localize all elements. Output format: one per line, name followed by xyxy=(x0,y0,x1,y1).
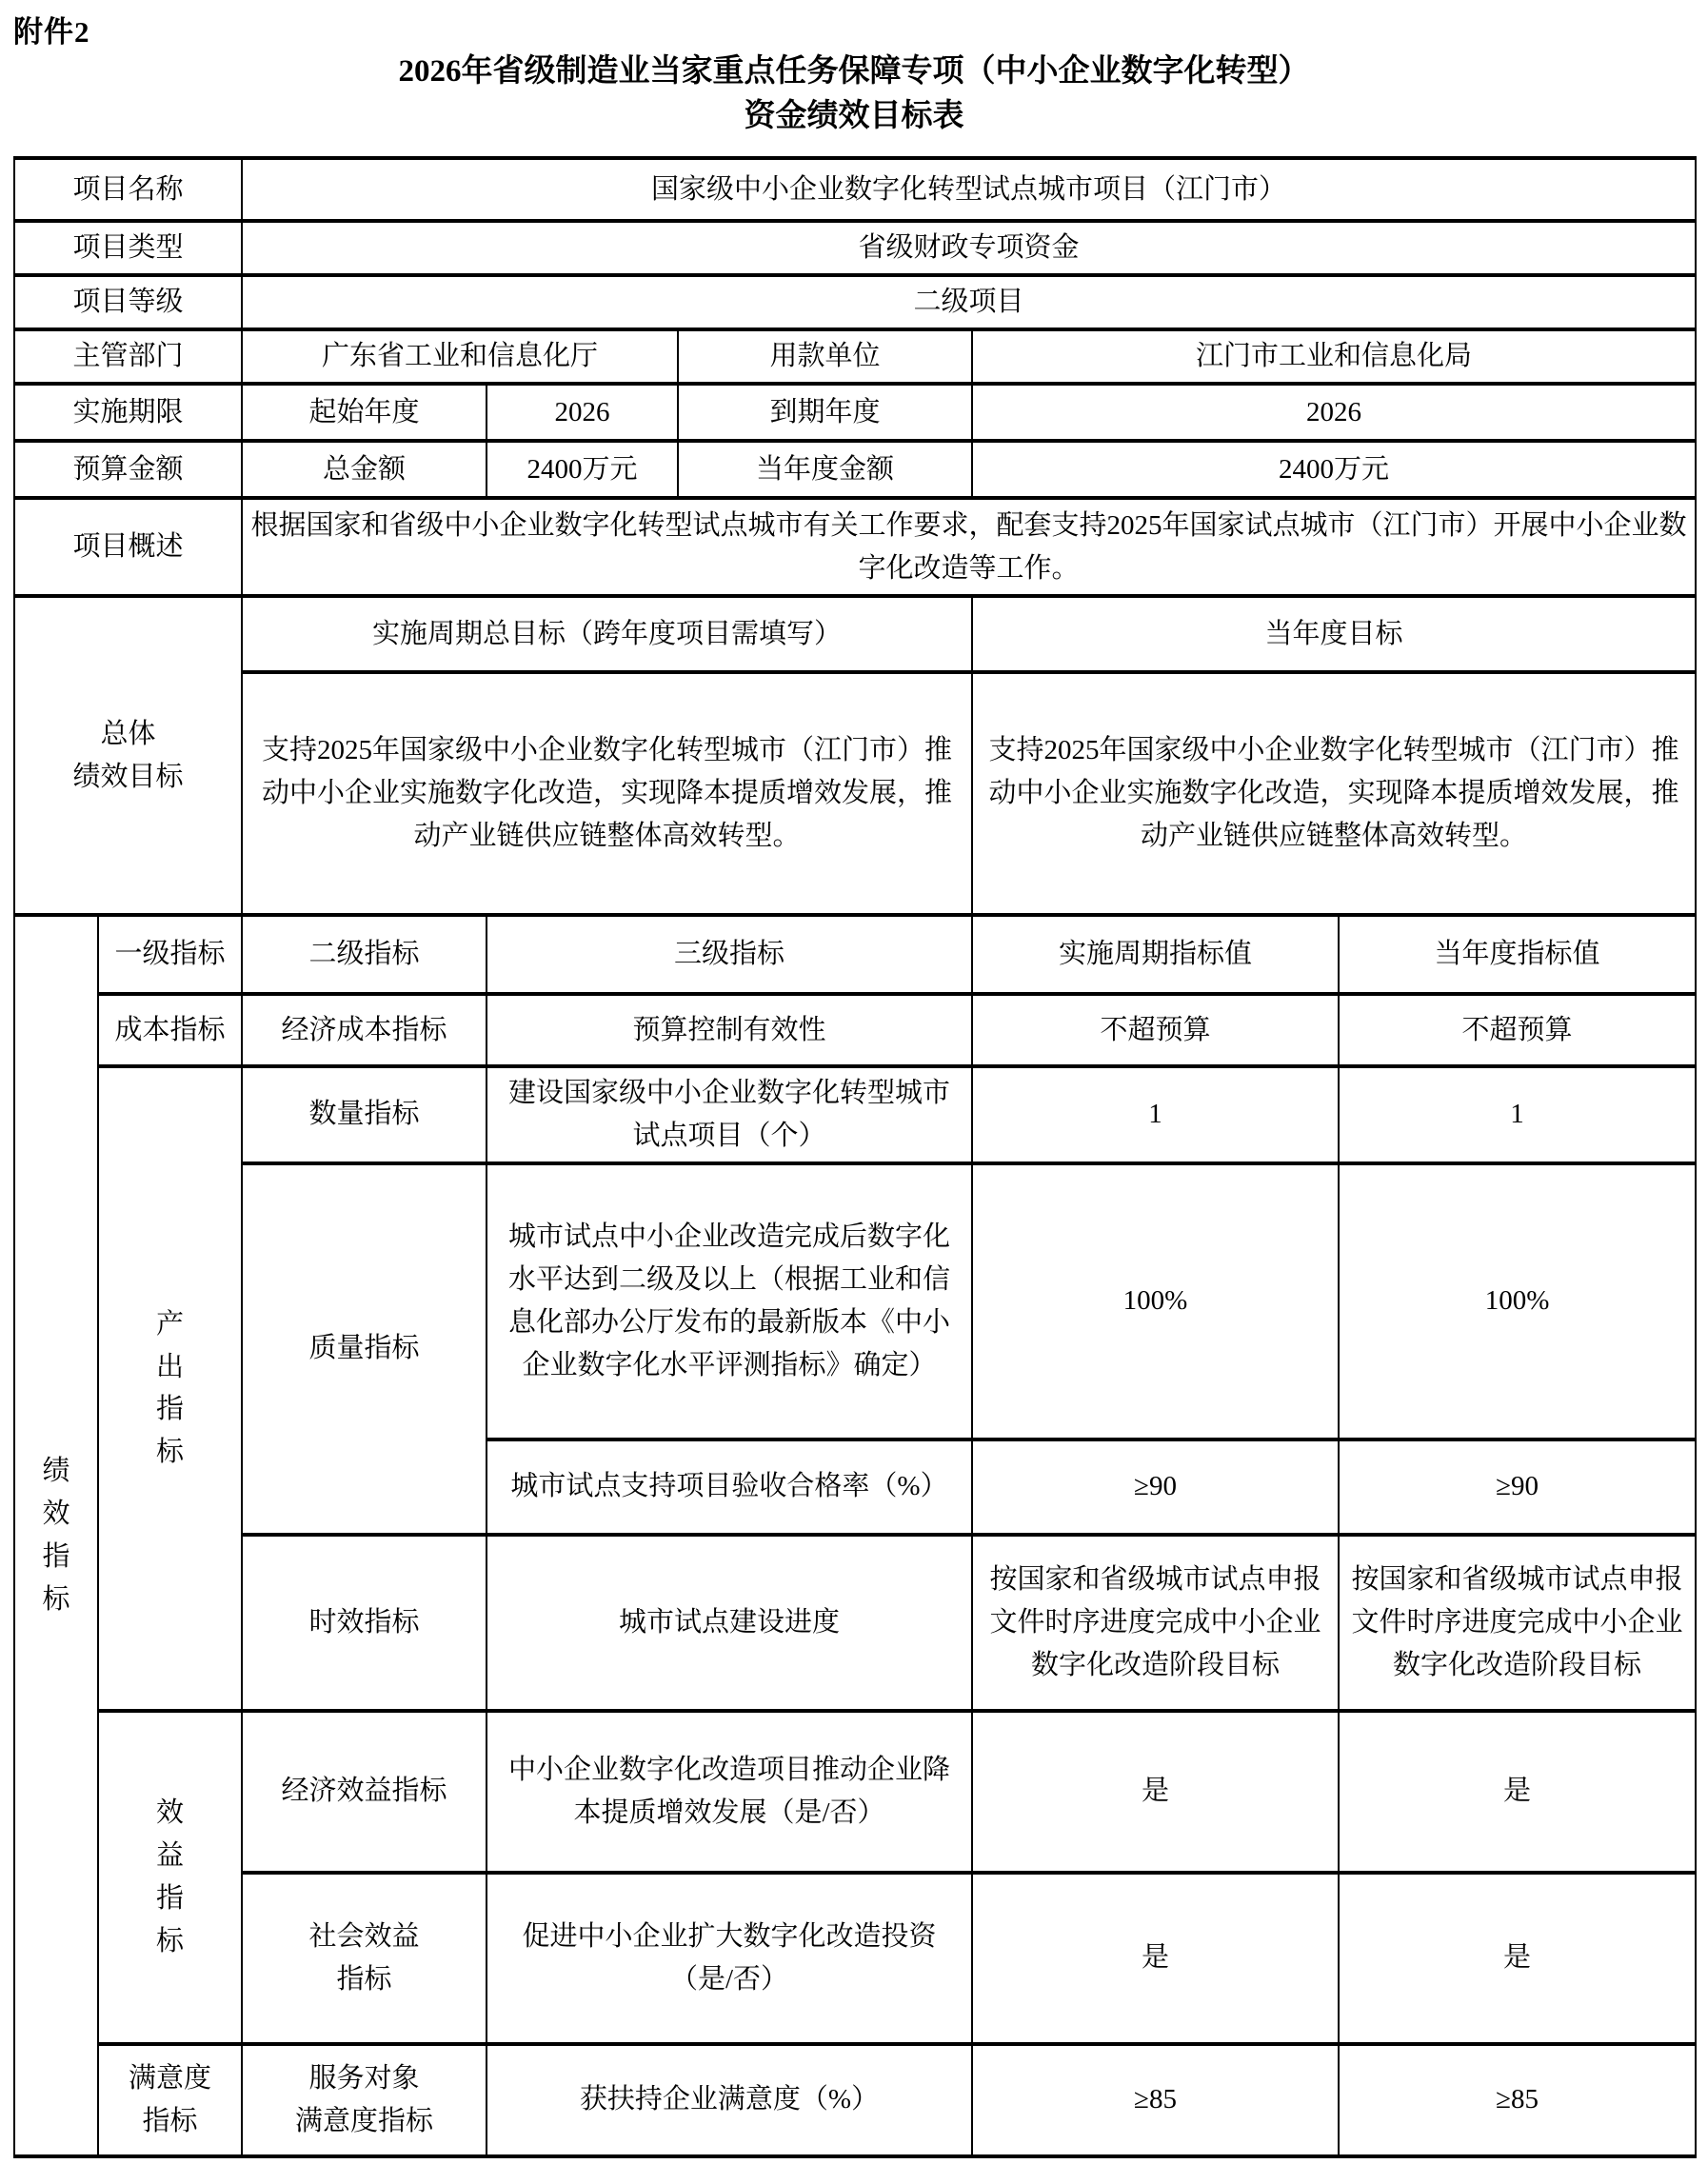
performance-target-table: 项目名称 国家级中小企业数字化转型试点城市项目（江门市） 项目类型 省级财政专项… xyxy=(13,156,1697,2158)
overall-goal-annual-header: 当年度目标 xyxy=(972,596,1696,672)
header-period-value: 实施周期指标值 xyxy=(972,915,1339,994)
table-row: 效 益 指 标 经济效益指标 中小企业数字化改造项目推动企业降本提质增效发展（是… xyxy=(14,1711,1696,1873)
document-title-line1: 2026年省级制造业当家重点任务保障专项（中小企业数字化转型） xyxy=(0,50,1708,94)
quality2-period-value: ≥90 xyxy=(972,1439,1339,1535)
document-title: 2026年省级制造业当家重点任务保障专项（中小企业数字化转型） 资金绩效目标表 xyxy=(0,50,1708,139)
budget-label: 预算金额 xyxy=(14,441,242,498)
cost-level1: 成本指标 xyxy=(98,994,242,1066)
project-type-value: 省级财政专项资金 xyxy=(242,221,1696,275)
project-level-value: 二级项目 xyxy=(242,275,1696,329)
table-row: 预算金额 总金额 2400万元 当年度金额 2400万元 xyxy=(14,441,1696,498)
cost-level3: 预算控制有效性 xyxy=(487,994,972,1066)
quality1-period-value: 100% xyxy=(972,1163,1339,1439)
table-row: 项目概述 根据国家和省级中小企业数字化转型试点城市有关工作要求，配套支持2025… xyxy=(14,498,1696,596)
document-title-line2: 资金绩效目标表 xyxy=(0,94,1708,139)
table-row: 项目等级 二级项目 xyxy=(14,275,1696,329)
period-end-value: 2026 xyxy=(972,384,1696,441)
header-level2: 二级指标 xyxy=(242,915,487,994)
header-annual-value: 当年度指标值 xyxy=(1339,915,1696,994)
funds-user-value: 江门市工业和信息化局 xyxy=(972,329,1696,384)
social-level3: 促进中小企业扩大数字化改造投资（是/否） xyxy=(487,1873,972,2044)
overall-goal-label: 总体 绩效目标 xyxy=(14,596,242,915)
project-name-label: 项目名称 xyxy=(14,158,242,221)
table-row: 产 出 指 标 数量指标 建设国家级中小企业数字化转型城市试点项目（个） 1 1 xyxy=(14,1066,1696,1163)
economic-level2: 经济效益指标 xyxy=(242,1711,487,1873)
table-row: 总体 绩效目标 实施周期总目标（跨年度项目需填写） 当年度目标 xyxy=(14,596,1696,672)
quality2-level3: 城市试点支持项目验收合格率（%） xyxy=(487,1439,972,1535)
overall-goal-period-header: 实施周期总目标（跨年度项目需填写） xyxy=(242,596,972,672)
overview-label: 项目概述 xyxy=(14,498,242,596)
budget-annual-label: 当年度金额 xyxy=(678,441,972,498)
table-row: 主管部门 广东省工业和信息化厅 用款单位 江门市工业和信息化局 xyxy=(14,329,1696,384)
table-row: 项目名称 国家级中小企业数字化转型试点城市项目（江门市） xyxy=(14,158,1696,221)
satisfaction-level1: 满意度 指标 xyxy=(98,2044,242,2156)
quality1-level3: 城市试点中小企业改造完成后数字化水平达到二级及以上（根据工业和信息化部办公厅发布… xyxy=(487,1163,972,1439)
table-row: 社会效益 指标 促进中小企业扩大数字化改造投资（是/否） 是 是 xyxy=(14,1873,1696,2044)
dept-value: 广东省工业和信息化厅 xyxy=(242,329,678,384)
satisfaction-period-value: ≥85 xyxy=(972,2044,1339,2156)
period-label: 实施期限 xyxy=(14,384,242,441)
table-row: 项目类型 省级财政专项资金 xyxy=(14,221,1696,275)
table-row: 质量指标 城市试点中小企业改造完成后数字化水平达到二级及以上（根据工业和信息化部… xyxy=(14,1163,1696,1439)
project-name-value: 国家级中小企业数字化转型试点城市项目（江门市） xyxy=(242,158,1696,221)
timeliness-level3: 城市试点建设进度 xyxy=(487,1535,972,1711)
satisfaction-level2: 服务对象 满意度指标 xyxy=(242,2044,487,2156)
project-level-label: 项目等级 xyxy=(14,275,242,329)
dept-label: 主管部门 xyxy=(14,329,242,384)
budget-total-value: 2400万元 xyxy=(487,441,678,498)
cost-annual-value: 不超预算 xyxy=(1339,994,1696,1066)
funds-user-label: 用款单位 xyxy=(678,329,972,384)
overall-goal-period-value: 支持2025年国家级中小企业数字化转型城市（江门市）推动中小企业实施数字化改造，… xyxy=(242,672,972,915)
budget-total-label: 总金额 xyxy=(242,441,487,498)
attachment-label: 附件2 xyxy=(13,8,90,50)
header-level1: 一级指标 xyxy=(98,915,242,994)
timeliness-level2: 时效指标 xyxy=(242,1535,487,1711)
quality2-annual-value: ≥90 xyxy=(1339,1439,1696,1535)
table-row: 满意度 指标 服务对象 满意度指标 获扶持企业满意度（%） ≥85 ≥85 xyxy=(14,2044,1696,2156)
quantity-annual-value: 1 xyxy=(1339,1066,1696,1163)
document-page: 附件2 2026年省级制造业当家重点任务保障专项（中小企业数字化转型） 资金绩效… xyxy=(0,0,1708,2164)
economic-annual-value: 是 xyxy=(1339,1711,1696,1873)
economic-period-value: 是 xyxy=(972,1711,1339,1873)
indicators-section-label: 绩 效 指 标 xyxy=(14,915,98,2156)
output-indicator-label: 产 出 指 标 xyxy=(98,1066,242,1711)
overall-goal-annual-value: 支持2025年国家级中小企业数字化转型城市（江门市）推动中小企业实施数字化改造，… xyxy=(972,672,1696,915)
quality1-annual-value: 100% xyxy=(1339,1163,1696,1439)
social-level2: 社会效益 指标 xyxy=(242,1873,487,2044)
social-annual-value: 是 xyxy=(1339,1873,1696,2044)
table-row: 绩 效 指 标 一级指标 二级指标 三级指标 实施周期指标值 当年度指标值 xyxy=(14,915,1696,994)
table-row: 成本指标 经济成本指标 预算控制有效性 不超预算 不超预算 xyxy=(14,994,1696,1066)
cost-period-value: 不超预算 xyxy=(972,994,1339,1066)
quantity-level2: 数量指标 xyxy=(242,1066,487,1163)
quality-level2: 质量指标 xyxy=(242,1163,487,1535)
table-row: 实施期限 起始年度 2026 到期年度 2026 xyxy=(14,384,1696,441)
quantity-period-value: 1 xyxy=(972,1066,1339,1163)
quantity-level3: 建设国家级中小企业数字化转型城市试点项目（个） xyxy=(487,1066,972,1163)
period-start-value: 2026 xyxy=(487,384,678,441)
timeliness-annual-value: 按国家和省级城市试点申报文件时序进度完成中小企业数字化改造阶段目标 xyxy=(1339,1535,1696,1711)
table-row: 时效指标 城市试点建设进度 按国家和省级城市试点申报文件时序进度完成中小企业数字… xyxy=(14,1535,1696,1711)
timeliness-period-value: 按国家和省级城市试点申报文件时序进度完成中小企业数字化改造阶段目标 xyxy=(972,1535,1339,1711)
satisfaction-annual-value: ≥85 xyxy=(1339,2044,1696,2156)
budget-annual-value: 2400万元 xyxy=(972,441,1696,498)
header-level3: 三级指标 xyxy=(487,915,972,994)
satisfaction-level3: 获扶持企业满意度（%） xyxy=(487,2044,972,2156)
period-end-label: 到期年度 xyxy=(678,384,972,441)
period-start-label: 起始年度 xyxy=(242,384,487,441)
table-row: 支持2025年国家级中小企业数字化转型城市（江门市）推动中小企业实施数字化改造，… xyxy=(14,672,1696,915)
overview-value: 根据国家和省级中小企业数字化转型试点城市有关工作要求，配套支持2025年国家试点… xyxy=(242,498,1696,596)
project-type-label: 项目类型 xyxy=(14,221,242,275)
benefit-indicator-label: 效 益 指 标 xyxy=(98,1711,242,2044)
cost-level2: 经济成本指标 xyxy=(242,994,487,1066)
social-period-value: 是 xyxy=(972,1873,1339,2044)
economic-level3: 中小企业数字化改造项目推动企业降本提质增效发展（是/否） xyxy=(487,1711,972,1873)
